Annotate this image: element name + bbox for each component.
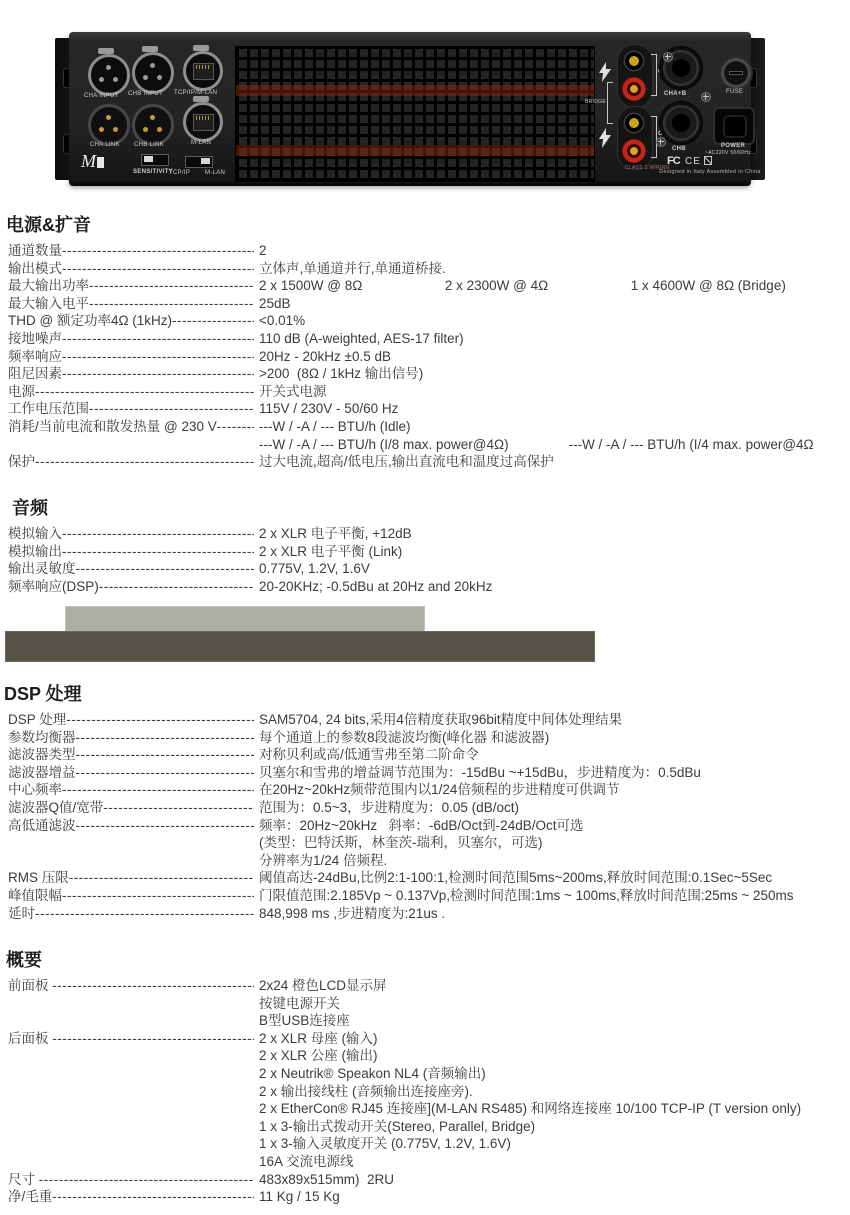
spec-row-continuation: 2 x XLR 公座 (输出) [0,1047,850,1065]
spec-label: 通道数量 [8,242,62,260]
mlan-label: M-LAN [191,140,211,147]
spec-row: 前面板 ------------------------------------… [0,977,850,995]
sensitivity-label: SENSITIVITY [133,169,173,176]
leader-dashes: ----------------------------------------… [52,1188,254,1206]
spec-value: 过大电流,超高/低电压,输出直流电和温度过高保护 [254,453,850,471]
speakon-cha-b-label: CHA+B [664,91,686,98]
spec-value: 848,998 ms ,步进精度为:21us . [254,905,850,923]
spec-value: 分辨率为1/24 倍频程. [254,852,850,870]
spec-label: 尺寸 [8,1171,39,1189]
leader-dashes: ----------------------------------------… [62,365,254,383]
leader-dashes: ----------------------------------------… [103,799,254,817]
spec-row: 滤波器增益-----------------------------------… [0,764,850,782]
screw [656,137,666,147]
xlr-pin [99,127,104,132]
spec-label: 滤波器类型 [8,746,76,764]
ethercon-tcpip-mlan-port [183,51,223,91]
spec-row: 延时--------------------------------------… [0,905,850,923]
spec-row-continuation: 按键电源开关 [0,995,850,1013]
spec-value: 2 x Neutrik® Speakon NL4 (音频输出) [254,1065,850,1083]
spec-value: 贝塞尔和雪弗的增益调节范围为：-15dBu ~+15dBu，步进精度为：0.5d… [254,764,850,782]
spec-row: 消耗/当前电流和散发热量 @ 230 V--------------------… [0,418,850,436]
weee-bin-icon [704,156,712,165]
spec-row: 保护--------------------------------------… [0,453,850,471]
leader-dashes: ----------------------------------------… [62,781,254,799]
spec-row-continuation: 2 x EtherCon® RJ45 连接座](M-LAN RS485) 和网络… [0,1100,850,1118]
binding-post-cha-negative [622,77,646,101]
chb-input-label: CHB INPUT [128,91,163,98]
leader-dashes: ----------------------------------------… [76,746,255,764]
spec-value: 频率：20Hz~20kHz 斜率：-6dB/Oct到-24dB/Oct可选 [254,817,850,835]
leader-dashes: ----------------------------------------… [35,383,254,401]
xlr-female-cha-input [88,54,130,96]
xlr-pin [150,115,155,120]
leader-dashes: ----------------------------------------… [217,418,254,436]
spec-value: 2 x 输出接线柱 (音频输出连接座旁). [254,1083,850,1101]
spec-row: 滤波器Q值/宽带--------------------------------… [0,799,850,817]
spec-value: 483x89x515mm) 2RU [254,1171,850,1189]
spec-row: 输出模式------------------------------------… [0,260,850,278]
spec-value: 每个通道上的参数8段滤波均衡(峰化器 和滤波器) [254,729,850,747]
spec-row: 中心频率------------------------------------… [0,781,850,799]
spec-label: THD @ 额定功率4Ω (1kHz) [8,312,172,330]
spec-label: 最大输出功率 [8,277,89,295]
bridge-label: BRIDGE [585,99,606,106]
spec-row-continuation: (类型：巴特沃斯，林奎茨-瑞利，贝塞尔，可选) [0,834,850,852]
spec-row: 模拟输出------------------------------------… [0,543,850,561]
spec-row: 接地噪声------------------------------------… [0,330,850,348]
chb-bracket [651,116,657,158]
leader-dashes: ----------------------------------------… [62,330,254,348]
spec-label: 输出模式 [8,260,62,278]
spec-value: 16A 交流电源线 [254,1153,850,1171]
spec-row: 高低通滤波-----------------------------------… [0,817,850,835]
xlr-pin [106,65,111,70]
section-title: 音频 [12,498,850,518]
leader-dashes: ----------------------------------------… [39,1171,254,1189]
xlr-male-chb-link [132,104,174,146]
spec-row: 最大输出功率----------------------------------… [0,277,850,295]
spec-value: 11 Kg / 15 Kg [254,1188,850,1206]
power-label: POWER [721,143,745,150]
spec-value: 20-20KHz; -0.5dBu at 20Hz and 20kHz [254,578,850,596]
xlr-pin [113,77,118,82]
spec-row: 最大输入电平----------------------------------… [0,295,850,313]
spec-value: (类型：巴特沃斯，林奎茨-瑞利，贝塞尔，可选) [254,834,850,852]
grille-red-stripe [236,145,594,156]
section-dsp: DSP 处理 DSP 处理---------------------------… [0,684,850,922]
spec-row: 尺寸 -------------------------------------… [0,1171,850,1189]
mlan-switch-label: M-LAN [205,170,225,177]
speakon-chb-label: CHB [672,146,686,153]
decor-bar-dark [5,631,595,662]
spec-label: 频率响应(DSP) [8,578,99,596]
designed-in-italy-label: Designed in Italy Assembled in China [630,169,790,176]
xlr-male-cha-link [88,104,130,146]
leader-dashes: ----------------------------------------… [62,348,254,366]
leader-dashes: ----------------------------------------… [89,277,254,295]
spec-value: 115V / 230V - 50/60 Hz [254,400,850,418]
spec-value: 在20Hz~20kHz频带范围内以1/24倍频程的步进精度可供调节 [254,781,850,799]
leader-dashes: ----------------------------------------… [62,260,254,278]
spec-label: 净/毛重 [8,1188,52,1206]
fuse-label: FUSE [726,89,743,96]
spec-value: 2 x 1500W @ 8Ω 2 x 2300W @ 4Ω 1 x 4600W … [254,277,850,295]
spec-row: 后面板 ------------------------------------… [0,1030,850,1048]
spec-value: 2 x XLR 电子平衡 (Link) [254,543,850,561]
spec-value: 对称贝利或高/低通雪弗至第二阶命令 [254,746,850,764]
spec-value: ---W / -A / --- BTU/h (Idle) [254,418,850,436]
leader-dashes: ----------------------------------------… [62,887,254,905]
leader-dashes: ----------------------------------------… [76,729,255,747]
spec-label: 工作电压范围 [8,400,89,418]
leader-dashes: ----------------------------------------… [62,242,254,260]
spec-label: 接地噪声 [8,330,62,348]
spec-value: SAM5704, 24 bits,采用4倍精度获取96bit精度中间体处理结果 [254,711,850,729]
decor-bar-light [65,606,425,633]
logo-block [97,157,104,168]
section-audio: 音频 模拟输入---------------------------------… [0,498,850,595]
spec-row-continuation: 2 x Neutrik® Speakon NL4 (音频输出) [0,1065,850,1083]
leader-dashes: ----------------------------------------… [52,1030,254,1048]
spec-value: 0.775V, 1.2V, 1.6V [254,560,850,578]
spec-label: 前面板 [8,977,52,995]
leader-dashes: ----------------------------------------… [35,905,254,923]
leader-dashes: ----------------------------------------… [76,764,255,782]
cha-bracket [651,54,657,96]
spec-label: 频率响应 [8,348,62,366]
leader-dashes: ----------------------------------------… [69,869,254,887]
spec-label: 输出灵敏度 [8,560,76,578]
spec-label: 中心频率 [8,781,62,799]
power-inlet [713,107,755,145]
spec-row: 阻尼因素------------------------------------… [0,365,850,383]
section-title: DSP 处理 [4,684,850,704]
leader-dashes: ----------------------------------------… [76,817,255,835]
spec-label: 模拟输入 [8,525,62,543]
chb-link-label: CHB LINK [134,142,164,149]
spec-value: 门限值范围:2.185Vp ~ 0.137Vp,检测时间范围:1ms ~ 100… [254,887,850,905]
spec-value: ---W / -A / --- BTU/h (I/8 max. power@4Ω… [254,436,850,454]
spec-row-continuation: 16A 交流电源线 [0,1153,850,1171]
xlr-pin [143,127,148,132]
spec-row: 通道数量------------------------------------… [0,242,850,260]
spec-row: 峰值限幅------------------------------------… [0,887,850,905]
leader-dashes: ----------------------------------------… [89,295,254,313]
spec-label: 滤波器Q值/宽带 [8,799,103,817]
spec-label: 后面板 [8,1030,52,1048]
spec-value: 2x24 橙色LCD显示屏 [254,977,850,995]
spec-row: RMS 压限----------------------------------… [0,869,850,887]
section-power-amplification: 电源&扩音 通道数量------------------------------… [0,215,850,471]
xlr-latch [142,46,158,52]
brand-logo: M [81,152,104,170]
sensitivity-switch [141,154,169,166]
xlr-pin [106,115,111,120]
spec-row-continuation: B型USB连接座 [0,1012,850,1030]
spec-row: 模拟输入------------------------------------… [0,525,850,543]
spec-row-continuation: 分辨率为1/24 倍频程. [0,852,850,870]
spec-label: 电源 [8,383,35,401]
cha-link-label: CHA LINK [90,142,120,149]
spec-sheet-page: { "ui": { "leader": "-------------------… [0,0,850,1215]
spec-row: 参数均衡器-----------------------------------… [0,729,850,747]
spec-row: 滤波器类型-----------------------------------… [0,746,850,764]
spec-value: 范围为：0.5~3，步进精度为：0.05 (dB/oct) [254,799,850,817]
leader-dashes: ----------------------------------------… [66,711,254,729]
spec-label: 峰值限幅 [8,887,62,905]
fuse-holder [719,56,753,90]
section-overview: 概要 前面板 ---------------------------------… [0,950,850,1206]
spec-row: 频率响应(DSP)-------------------------------… [0,578,850,596]
cha-input-label: CHA INPUT [84,93,119,100]
spec-label: 延时 [8,905,35,923]
spec-label: 保护 [8,453,35,471]
spec-row-continuation: ---W / -A / --- BTU/h (I/8 max. power@4Ω… [0,436,850,454]
screw [701,92,711,102]
spec-value: B型USB连接座 [254,1012,850,1030]
binding-post-cha-positive [622,49,646,73]
leader-dashes: ----------------------------------------… [89,400,254,418]
spec-value: 立体声,单通道并行,单通道桥接. [254,260,850,278]
screw [663,52,673,62]
section-title: 电源&扩音 [6,215,850,235]
xlr-pin [113,127,118,132]
spec-label: 参数均衡器 [8,729,76,747]
xlr-pin [157,75,162,80]
spec-row: DSP 处理----------------------------------… [0,711,850,729]
xlr-pin [143,75,148,80]
grille-red-stripe [236,85,594,96]
binding-post-chb-negative [622,139,646,163]
tcpip-switch-label: TCP/IP [169,170,190,177]
bridge-bracket [607,82,613,124]
spec-label: 最大输入电平 [8,295,89,313]
spec-value: 1 x 3-输入灵敏度开关 (0.775V, 1.2V, 1.6V) [254,1135,850,1153]
spec-row: 频率响应------------------------------------… [0,348,850,366]
spec-label: 滤波器增益 [8,764,76,782]
spec-value: 2 [254,242,850,260]
tcpip-mlan-switch [185,156,213,168]
spec-row-continuation: 1 x 3-输出式拨动开关(Stereo, Parallel, Bridge) [0,1118,850,1136]
spec-row-continuation: 1 x 3-输入灵敏度开关 (0.775V, 1.2V, 1.6V) [0,1135,850,1153]
spec-row: THD @ 额定功率4Ω (1kHz)---------------------… [0,312,850,330]
spec-row: 电源--------------------------------------… [0,383,850,401]
spec-row-continuation: 2 x 输出接线柱 (音频输出连接座旁). [0,1083,850,1101]
spec-value: 2 x XLR 电子平衡, +12dB [254,525,850,543]
xlr-female-chb-input [132,52,174,94]
speakon-chb-connector [659,101,703,145]
binding-post-chb-positive [622,111,646,135]
leader-dashes: ----------------------------------------… [35,453,254,471]
spec-value: 110 dB (A-weighted, AES-17 filter) [254,330,850,348]
leader-dashes: ----------------------------------------… [62,543,254,561]
spec-label: 高低通滤波 [8,817,76,835]
leader-dashes: ----------------------------------------… [76,560,255,578]
leader-dashes: ----------------------------------------… [62,525,254,543]
spec-label: DSP 处理 [8,711,66,729]
ethercon-mlan-port [183,102,223,142]
xlr-pin [99,77,104,82]
xlr-latch [98,48,114,54]
spec-value: 阈值高达-24dBu,比例2:1-100:1,检测时间范围5ms~200ms,释… [254,869,850,887]
spec-label: 模拟输出 [8,543,62,561]
spec-value: 开关式电源 [254,383,850,401]
xlr-pin [150,63,155,68]
spec-value: 2 x XLR 母座 (输入) [254,1030,850,1048]
spec-row: 输出灵敏度-----------------------------------… [0,560,850,578]
ce-mark: CE [685,156,701,167]
ventilation-grille [235,46,595,182]
spec-value: >200 (8Ω / 1kHz 输出信号) [254,365,850,383]
fcc-mark: FC [667,155,680,167]
spec-label: 阻尼因素 [8,365,62,383]
spec-row: 工作电压范围----------------------------------… [0,400,850,418]
spec-value: <0.01% [254,312,850,330]
high-voltage-icon [599,128,611,153]
leader-dashes: ----------------------------------------… [52,977,254,995]
leader-dashes: ----------------------------------------… [172,312,254,330]
spec-value: 20Hz - 20kHz ±0.5 dB [254,348,850,366]
spec-value: 25dB [254,295,850,313]
section-title: 概要 [6,950,850,970]
leader-dashes: ----------------------------------------… [99,578,254,596]
spec-value: 按键电源开关 [254,995,850,1013]
xlr-pin [157,127,162,132]
spec-row: 净/毛重------------------------------------… [0,1188,850,1206]
spec-label: RMS 压限 [8,869,69,887]
spec-label: 消耗/当前电流和散发热量 @ 230 V [8,418,217,436]
spec-value: 1 x 3-输出式拨动开关(Stereo, Parallel, Bridge) [254,1118,850,1136]
spec-value: 2 x EtherCon® RJ45 连接座](M-LAN RS485) 和网络… [254,1100,850,1118]
amp-rear-panel-photo: CHA INPUT CHB INPUT TCP/IP/M-LAN CHA LIN… [55,30,765,188]
spec-value: 2 x XLR 公座 (输出) [254,1047,850,1065]
